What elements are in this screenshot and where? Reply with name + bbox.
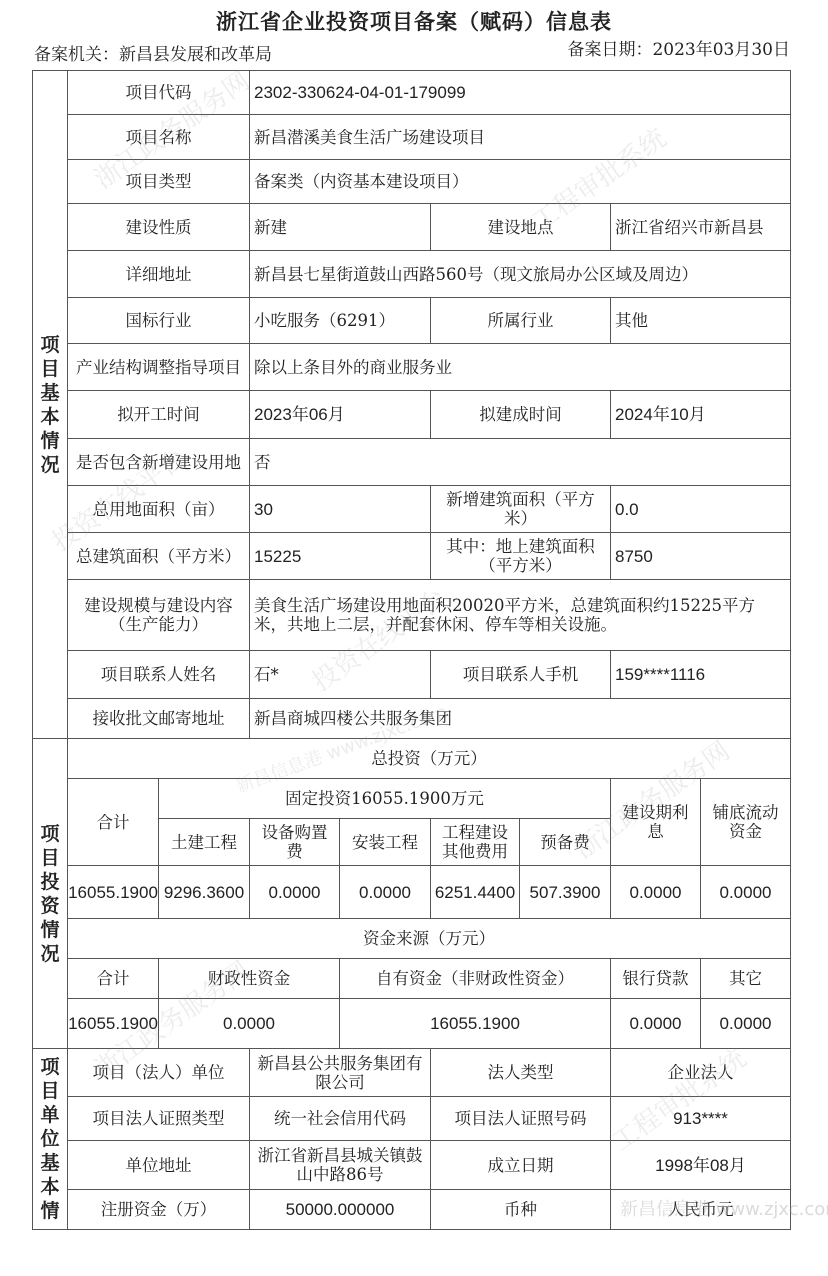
above-ground-area-label: 其中：地上建筑面积（平方米） <box>430 532 611 580</box>
national-industry-label: 国标行业 <box>67 297 250 344</box>
construction-nature-label: 建设性质 <box>67 203 250 251</box>
val-working-capital: 0.0000 <box>700 865 791 919</box>
project-name-label: 项目名称 <box>67 114 250 160</box>
planned-start-label: 拟开工时间 <box>67 390 250 439</box>
section-investment-label: 项目投资情况 <box>32 738 68 1049</box>
project-code-label: 项目代码 <box>67 70 250 115</box>
filing-date: 备案日期：2023年03月30日 <box>567 35 790 60</box>
founded: 1998年08月 <box>610 1140 791 1190</box>
col-civil-works: 土建工程 <box>158 818 250 866</box>
unit-label: 项目（法人）单位 <box>67 1048 250 1097</box>
funding-col-total: 合计 <box>67 958 159 999</box>
legal-type-label: 法人类型 <box>430 1048 611 1097</box>
total-building-area: 15225 <box>249 532 431 580</box>
construction-nature: 新建 <box>249 203 431 251</box>
val-equipment: 0.0000 <box>249 865 340 919</box>
section-basic-label: 项目基本情况 <box>32 70 68 739</box>
funding-val-other: 0.0000 <box>700 998 791 1049</box>
construction-location-label: 建设地点 <box>430 203 611 251</box>
industrial-structure: 除以上条目外的商业服务业 <box>249 343 791 391</box>
funding-val-bank: 0.0000 <box>610 998 701 1049</box>
project-type: 备案类（内资基本建设项目） <box>249 159 791 204</box>
cert-type-label: 项目法人证照类型 <box>67 1096 250 1141</box>
planned-start: 2023年06月 <box>249 390 431 439</box>
funding-col-bank: 银行贷款 <box>610 958 701 999</box>
col-installation: 安装工程 <box>339 818 431 866</box>
col-equipment: 设备购置费 <box>249 818 340 866</box>
currency: 人民币元 <box>610 1189 791 1230</box>
val-reserve: 507.3900 <box>519 865 611 919</box>
detailed-address: 新昌县七星街道鼓山西路560号（现文旅局办公区域及周边） <box>249 250 791 298</box>
industry-label: 所属行业 <box>430 297 611 344</box>
cert-number: 913**** <box>610 1096 791 1141</box>
contact-name: 石* <box>249 650 431 699</box>
currency-label: 币种 <box>430 1189 611 1230</box>
funding-col-self: 自有资金（非财政性资金） <box>339 958 611 999</box>
col-other-costs: 工程建设其他费用 <box>430 818 520 866</box>
project-type-label: 项目类型 <box>67 159 250 204</box>
funding-val-self: 16055.1900 <box>339 998 611 1049</box>
section-unit-label: 项目单位基本情 <box>32 1048 68 1230</box>
total-building-area-label: 总建筑面积（平方米） <box>67 532 250 580</box>
val-installation: 0.0000 <box>339 865 431 919</box>
fixed-investment-header: 固定投资16055.1900万元 <box>158 778 611 819</box>
planned-completion-label: 拟建成时间 <box>430 390 611 439</box>
unit-address-label: 单位地址 <box>67 1140 250 1190</box>
funding-val-total: 16055.1900 <box>67 998 159 1049</box>
planned-completion: 2024年10月 <box>610 390 791 439</box>
cert-number-label: 项目法人证照号码 <box>430 1096 611 1141</box>
filing-authority: 备案机关：新昌县发展和改革局 <box>34 40 272 65</box>
val-other-costs: 6251.4400 <box>430 865 520 919</box>
national-industry: 小吃服务（6291） <box>249 297 431 344</box>
project-name: 新昌潜溪美食生活广场建设项目 <box>249 114 791 160</box>
new-land-label: 是否包含新增建设用地 <box>67 438 250 486</box>
above-ground-area: 8750 <box>610 532 791 580</box>
unit: 新昌县公共服务集团有限公司 <box>249 1048 431 1097</box>
val-construction-interest: 0.0000 <box>610 865 701 919</box>
industry: 其他 <box>610 297 791 344</box>
unit-address: 浙江省新昌县城关镇鼓山中路86号 <box>249 1140 431 1190</box>
detailed-address-label: 详细地址 <box>67 250 250 298</box>
contact-phone-label: 项目联系人手机 <box>430 650 611 699</box>
val-civil-works: 9296.3600 <box>158 865 250 919</box>
cert-type: 统一社会信用代码 <box>249 1096 431 1141</box>
funding-col-other: 其它 <box>700 958 791 999</box>
investment-total-label: 合计 <box>67 778 159 866</box>
mailing-address-label: 接收批文邮寄地址 <box>67 698 250 739</box>
contact-name-label: 项目联系人姓名 <box>67 650 250 699</box>
new-land: 否 <box>249 438 791 486</box>
total-land-area: 30 <box>249 485 431 533</box>
founded-label: 成立日期 <box>430 1140 611 1190</box>
contact-phone: 159****1116 <box>610 650 791 699</box>
funding-val-fiscal: 0.0000 <box>158 998 340 1049</box>
funding-col-fiscal: 财政性资金 <box>158 958 340 999</box>
val-total: 16055.1900 <box>67 865 159 919</box>
new-building-area: 0.0 <box>610 485 791 533</box>
working-capital-label: 铺底流动资金 <box>700 778 791 866</box>
funding-header: 资金来源（万元） <box>67 918 791 959</box>
construction-location: 浙江省绍兴市新昌县 <box>610 203 791 251</box>
total-investment-header: 总投资（万元） <box>67 738 791 779</box>
industrial-structure-label: 产业结构调整指导项目 <box>67 343 250 391</box>
project-code: 2302-330624-04-01-179099 <box>249 70 791 115</box>
scale-content: 美食生活广场建设用地面积20020平方米，总建筑面积约15225平方米，共地上二… <box>249 579 791 651</box>
col-reserve: 预备费 <box>519 818 611 866</box>
registered-capital: 50000.000000 <box>249 1189 431 1230</box>
legal-type: 企业法人 <box>610 1048 791 1097</box>
new-building-area-label: 新增建筑面积（平方米） <box>430 485 611 533</box>
document-title: 浙江省企业投资项目备案（赋码）信息表 <box>0 6 828 36</box>
total-land-area-label: 总用地面积（亩） <box>67 485 250 533</box>
mailing-address: 新昌商城四楼公共服务集团 <box>249 698 791 739</box>
registered-capital-label: 注册资金（万） <box>67 1189 250 1230</box>
construction-interest-label: 建设期利息 <box>610 778 701 866</box>
scale-content-label: 建设规模与建设内容（生产能力） <box>67 579 250 651</box>
